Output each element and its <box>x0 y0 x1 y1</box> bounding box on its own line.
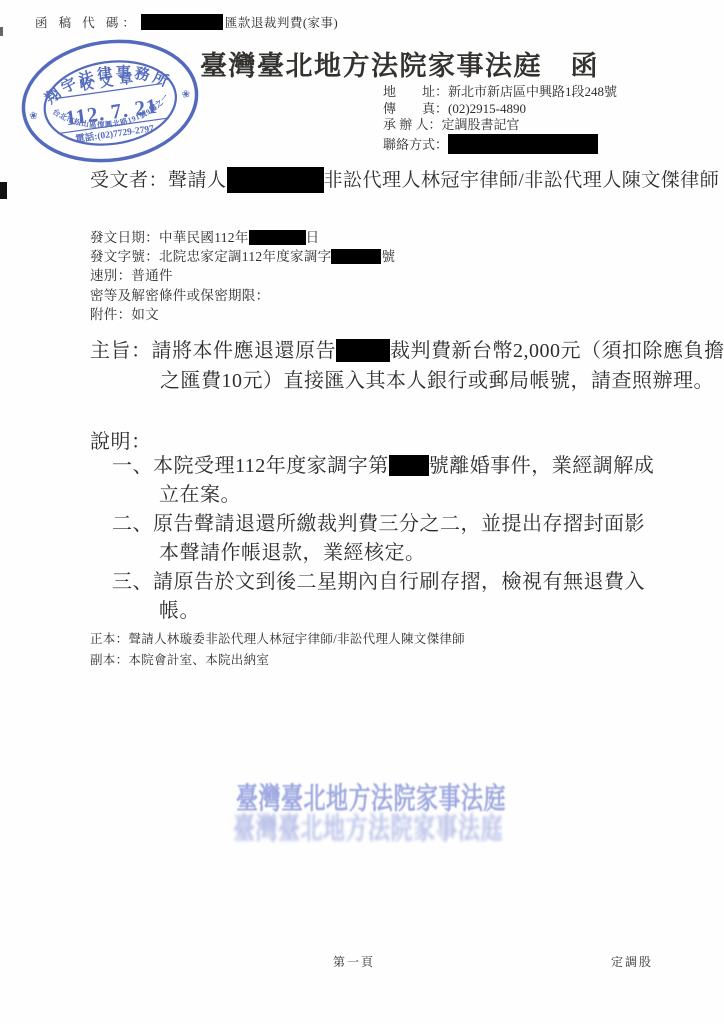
recipient-pre: 聲請人 <box>168 170 227 191</box>
law-firm-receipt-stamp: 翔宇法律事務所 台北市松山區復興北路191號9樓之一 ❀ ❀ 收文章 112. … <box>12 26 208 176</box>
redaction-box <box>448 134 598 154</box>
issue-date-line: 發文日期：中華民國112年日 <box>90 228 395 247</box>
issue-date-post: 日 <box>306 230 320 245</box>
item-number: 二、 <box>112 513 153 535</box>
item-number: 三、 <box>112 571 153 593</box>
ref-number-pre: 北院忠家定調112年度家調字 <box>159 249 331 264</box>
header-info-block: 地 址：新北市新店區中興路1段248號 傳 真：(02)2915-4890 承 … <box>383 84 617 154</box>
receipt-stamp-graphic: 翔宇法律事務所 台北市松山區復興北路191號9樓之一 ❀ ❀ 收文章 112. … <box>12 26 208 176</box>
ref-number-label: 發文字號： <box>90 249 159 264</box>
contact-label: 聯絡方式： <box>383 137 448 152</box>
redaction-box <box>249 230 306 245</box>
attachment-line: 附件：如文 <box>90 305 395 324</box>
ref-number-line: 發文字號：北院忠家定調112年度家調字號 <box>90 247 395 266</box>
item-text: 原告聲請退還所繳裁判費三分之二，並提出存摺封面影本聲請作帳退款，業經核定。 <box>153 513 645 564</box>
scanned-court-letter: 函 稿 代 碼： 匯款退裁判費(家事) 翔宇法律事務所 台北市松山區復興北路19… <box>0 0 724 1024</box>
handler-value: 定調股書記官 <box>442 117 520 132</box>
scan-artifact <box>0 182 7 199</box>
draft-code-label: 函 稿 代 碼： <box>35 13 139 31</box>
handling-unit: 定調股 <box>611 953 653 970</box>
handler-label: 承 辦 人： <box>383 117 442 132</box>
duplicate-copy-line: 副本：本院會計室、本院出納室 <box>90 650 465 671</box>
subject-label: 主旨： <box>90 340 152 362</box>
court-name-stamp-ghost: 臺灣臺北地方法院家事法庭 <box>233 806 503 848</box>
document-title: 臺灣臺北地方法院家事法庭 函 <box>200 44 620 83</box>
subject-block: 主旨：請將本件應退還原告裁判費新台幣2,000元（須扣除應負擔之匯費10元）直接… <box>90 337 724 396</box>
recipient-post: 非訟代理人林冠宇律師/非訟代理人陳文傑律師 <box>324 170 720 191</box>
recipient-block: 受文者：聲請人非訟代理人林冠宇律師/非訟代理人陳文傑律師 <box>90 166 723 196</box>
redaction-box <box>336 339 390 362</box>
original-copy-line: 正本：聲請人林璇委非訟代理人林冠宇律師/非訟代理人陳文傑律師 <box>90 629 465 650</box>
copies-block: 正本：聲請人林璇委非訟代理人林冠宇律師/非訟代理人陳文傑律師 副本：本院會計室、… <box>90 629 465 670</box>
address-value: 新北市新店區中興路1段248號 <box>448 84 617 99</box>
contact-line: 聯絡方式： <box>383 134 617 154</box>
issue-date-label: 發文日期： <box>90 230 159 245</box>
list-item: 一、本院受理112年度家調字第號離婚事件，業經調解成立在案。 <box>112 452 664 510</box>
redaction-box <box>227 167 324 193</box>
meta-block: 發文日期：中華民國112年日 發文字號：北院忠家定調112年度家調字號 速別：普… <box>90 228 395 324</box>
speed-line: 速別：普通件 <box>90 266 395 285</box>
issue-date-pre: 中華民國112年 <box>159 230 249 245</box>
list-item: 三、請原告於文到後二星期內自行刷存摺，檢視有無退費入帳。 <box>112 568 664 626</box>
redaction-box <box>389 455 429 476</box>
item-number: 一、 <box>112 455 153 477</box>
list-item: 二、原告聲請退還所繳裁判費三分之二，並提出存摺封面影本聲請作帳退款，業經核定。 <box>112 510 664 568</box>
fax-line: 傳 真：(02)2915-4890 <box>383 101 617 118</box>
flower-icon: ❀ <box>181 89 191 101</box>
page-number: 第一頁 <box>333 953 375 970</box>
address-label: 地 址： <box>383 84 448 99</box>
subject-pre: 請將本件應退還原告 <box>152 340 337 362</box>
scan-artifact <box>0 27 3 36</box>
explanation-heading: 說明： <box>90 425 152 454</box>
explanation-list: 一、本院受理112年度家調字第號離婚事件，業經調解成立在案。 二、原告聲請退還所… <box>112 452 664 626</box>
ref-number-post: 號 <box>381 249 395 264</box>
item-text-pre: 本院受理112年度家調字第 <box>153 455 389 477</box>
security-line: 密等及解密條件或保密期限： <box>90 286 395 305</box>
flower-icon: ❀ <box>29 110 39 122</box>
recipient-label: 受文者： <box>90 170 168 191</box>
draft-code-category: 匯款退裁判費(家事) <box>225 13 338 31</box>
redaction-box <box>331 249 381 264</box>
fax-value: (02)2915-4890 <box>448 101 526 116</box>
item-text: 請原告於文到後二星期內自行刷存摺，檢視有無退費入帳。 <box>153 571 645 622</box>
fax-label: 傳 真： <box>383 101 448 116</box>
address-line: 地 址：新北市新店區中興路1段248號 <box>383 84 617 101</box>
handler-line: 承 辦 人：定調股書記官 <box>383 117 617 134</box>
